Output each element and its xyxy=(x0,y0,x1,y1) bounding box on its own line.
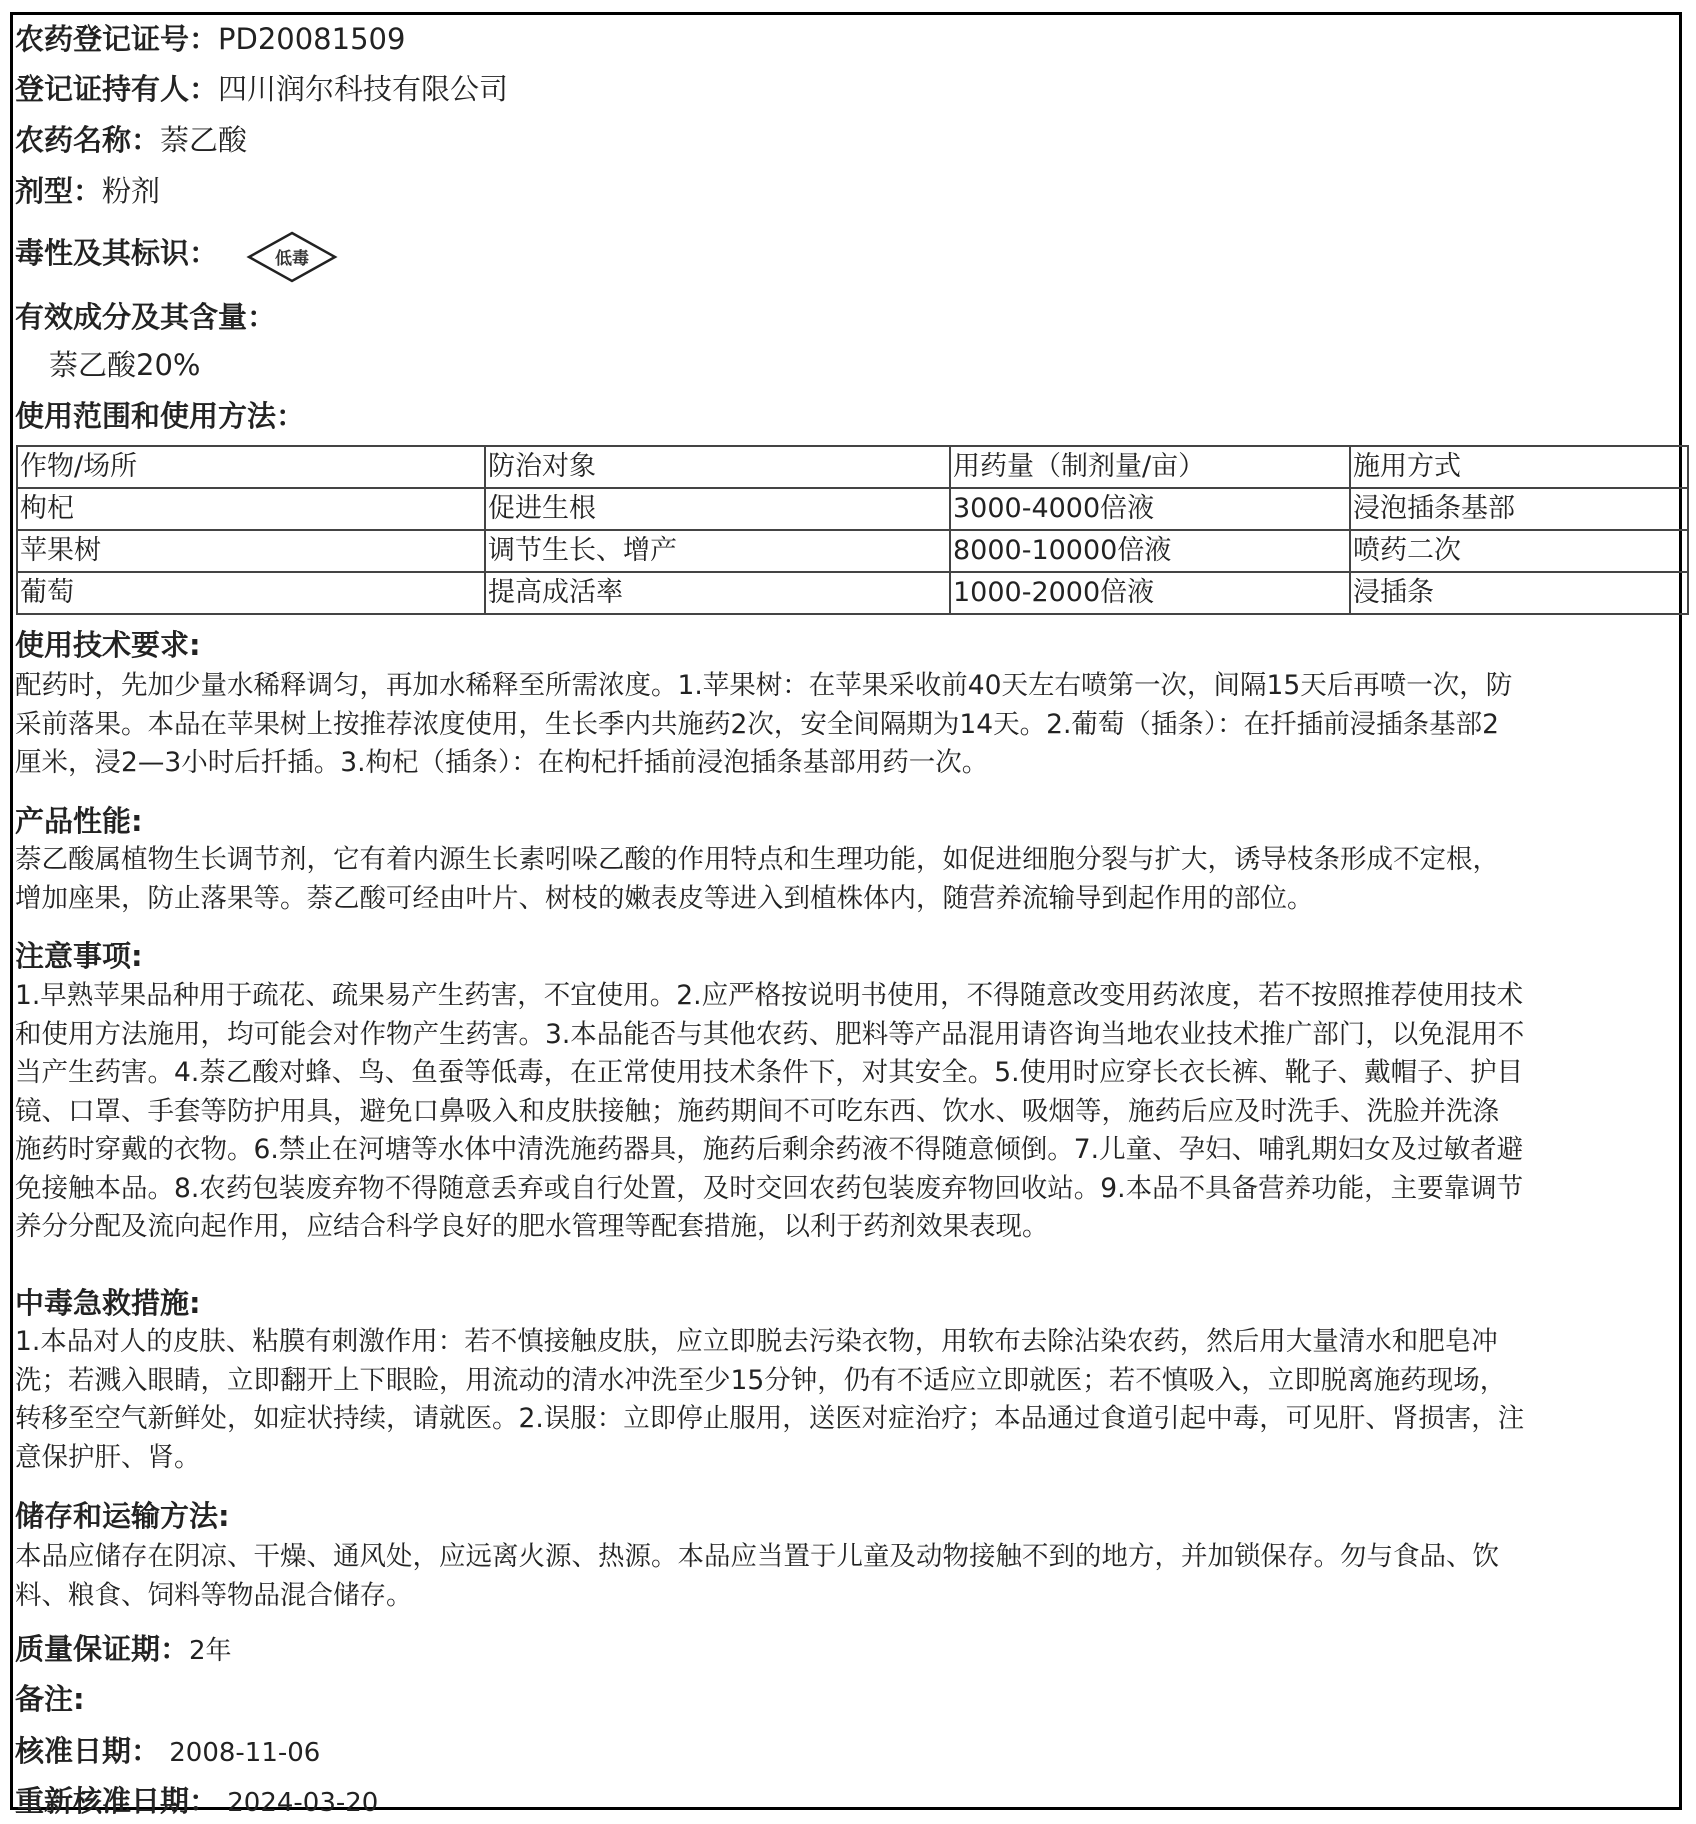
cell-method: 喷药二次 xyxy=(1350,530,1688,572)
usage-heading: 使用范围和使用方法： xyxy=(15,398,305,434)
storage-text: 本品应储存在阴凉、干燥、通风处，应远离火源、热源。本品应当置于儿童及动物接触不到… xyxy=(15,1538,1683,1615)
text-line: 萘乙酸属植物生长调节剂，它有着内源生长素吲哚乙酸的作用特点和生理功能，如促进细胞… xyxy=(15,841,1683,880)
precautions-heading: 注意事项: xyxy=(15,938,143,974)
performance-heading: 产品性能: xyxy=(15,803,143,839)
text-line: 增加座果，防止落果等。萘乙酸可经由叶片、树枝的嫩表皮等进入到植株体内，随营养流输… xyxy=(15,880,1683,919)
holder-row: 登记证持有人：四川润尔科技有限公司 xyxy=(15,71,508,107)
text-line: 意保护肝、肾。 xyxy=(15,1439,1683,1478)
precautions-text: 1.早熟苹果品种用于疏花、疏果易产生药害，不宜使用。2.应严格按说明书使用，不得… xyxy=(15,977,1683,1247)
table-row: 枸杞 促进生根 3000-4000倍液 浸泡插条基部 xyxy=(17,488,1688,530)
pesticide-name-value: 萘乙酸 xyxy=(160,123,247,157)
approval-date-value: 2008-11-06 xyxy=(169,1738,320,1768)
name-row: 农药名称：萘乙酸 xyxy=(15,122,247,158)
remarks-label: 备注: xyxy=(15,1682,85,1716)
text-line: 镜、口罩、手套等防护用具，避免口鼻吸入和皮肤接触；施药期间不可吃东西、饮水、吸烟… xyxy=(15,1093,1683,1132)
usage-table-header: 作物/场所 防治对象 用药量（制剂量/亩） 施用方式 xyxy=(17,446,1688,488)
remarks-row: 备注: xyxy=(15,1681,85,1717)
text-line: 料、粮食、饲料等物品混合储存。 xyxy=(15,1577,1683,1616)
formulation-value: 粉剂 xyxy=(102,174,160,208)
diamond-low-toxicity-icon: 低毒 xyxy=(245,230,339,292)
toxicity-label: 毒性及其标识： xyxy=(15,236,218,270)
shelf-life-row: 质量保证期：2年 xyxy=(15,1631,232,1669)
cell-method: 浸泡插条基部 xyxy=(1350,488,1688,530)
cell-crop: 苹果树 xyxy=(17,530,485,572)
cell-crop: 葡萄 xyxy=(17,572,485,614)
table-row: 苹果树 调节生长、增产 8000-10000倍液 喷药二次 xyxy=(17,530,1688,572)
cell-target: 促进生根 xyxy=(485,488,950,530)
column-header-crop: 作物/场所 xyxy=(17,446,485,488)
approval-date-row: 核准日期： 2008-11-06 xyxy=(15,1733,320,1771)
text-line: 采前落果。本品在苹果树上按推荐浓度使用，生长季内共施药2次，安全间隔期为14天。… xyxy=(15,706,1683,745)
performance-text: 萘乙酸属植物生长调节剂，它有着内源生长素吲哚乙酸的作用特点和生理功能，如促进细胞… xyxy=(15,841,1683,918)
cell-crop: 枸杞 xyxy=(17,488,485,530)
usage-table: 作物/场所 防治对象 用药量（制剂量/亩） 施用方式 枸杞 促进生根 3000-… xyxy=(16,445,1689,615)
pesticide-label-document: 农药登记证号：PD20081509 登记证持有人：四川润尔科技有限公司 农药名称… xyxy=(10,12,1682,1810)
text-line: 养分分配及流向起作用，应结合科学良好的肥水管理等配套措施，以利于药剂效果表现。 xyxy=(15,1208,1683,1247)
text-line: 施药时穿戴的衣物。6.禁止在河塘等水体中清洗施药器具，施药后剩余药液不得随意倾倒… xyxy=(15,1131,1683,1170)
ingredients-heading: 有效成分及其含量： xyxy=(15,299,276,335)
approval-date-label: 核准日期： xyxy=(15,1734,160,1768)
shelf-life-value: 2年 xyxy=(189,1636,232,1666)
cell-dosage: 3000-4000倍液 xyxy=(950,488,1350,530)
cert-no-label: 农药登记证号： xyxy=(15,22,218,56)
cell-method: 浸插条 xyxy=(1350,572,1688,614)
cell-target: 提高成活率 xyxy=(485,572,950,614)
toxicity-row: 毒性及其标识： 低毒 xyxy=(15,224,339,286)
cell-target: 调节生长、增产 xyxy=(485,530,950,572)
storage-heading: 储存和运输方法: xyxy=(15,1498,230,1534)
table-row: 葡萄 提高成活率 1000-2000倍液 浸插条 xyxy=(17,572,1688,614)
text-line: 1.本品对人的皮肤、粘膜有刺激作用：若不慎接触皮肤，应立即脱去污染衣物，用软布去… xyxy=(15,1323,1683,1362)
holder-value: 四川润尔科技有限公司 xyxy=(218,72,508,106)
ingredients-value: 萘乙酸20% xyxy=(49,347,200,383)
reapproval-date-row: 重新核准日期： 2024-03-20 xyxy=(15,1783,378,1821)
text-line: 配药时，先加少量水稀释调匀，再加水稀释至所需浓度。1.苹果树：在苹果采收前40天… xyxy=(15,667,1683,706)
formulation-row: 剂型：粉剂 xyxy=(15,173,160,209)
first-aid-text: 1.本品对人的皮肤、粘膜有刺激作用：若不慎接触皮肤，应立即脱去污染衣物，用软布去… xyxy=(15,1323,1683,1477)
first-aid-heading: 中毒急救措施: xyxy=(15,1285,201,1321)
column-header-target: 防治对象 xyxy=(485,446,950,488)
text-line: 本品应储存在阴凉、干燥、通风处，应远离火源、热源。本品应当置于儿童及动物接触不到… xyxy=(15,1538,1683,1577)
text-line: 和使用方法施用，均可能会对作物产生药害。3.本品能否与其他农药、肥料等产品混用请… xyxy=(15,1016,1683,1055)
cell-dosage: 8000-10000倍液 xyxy=(950,530,1350,572)
text-line: 当产生药害。4.萘乙酸对蜂、鸟、鱼蚕等低毒，在正常使用技术条件下，对其安全。5.… xyxy=(15,1054,1683,1093)
reapproval-date-value: 2024-03-20 xyxy=(227,1788,378,1818)
column-header-method: 施用方式 xyxy=(1350,446,1688,488)
tech-requirements-heading: 使用技术要求: xyxy=(15,627,201,663)
cell-dosage: 1000-2000倍液 xyxy=(950,572,1350,614)
reapproval-date-label: 重新核准日期： xyxy=(15,1784,218,1818)
text-line: 厘米，浸2—3小时后扦插。3.枸杞（插条）：在枸杞扦插前浸泡插条基部用药一次。 xyxy=(15,744,1683,783)
cert-no-row: 农药登记证号：PD20081509 xyxy=(15,21,405,57)
tech-requirements-text: 配药时，先加少量水稀释调匀，再加水稀释至所需浓度。1.苹果树：在苹果采收前40天… xyxy=(15,667,1683,783)
formulation-label: 剂型： xyxy=(15,174,102,208)
holder-label: 登记证持有人： xyxy=(15,72,218,106)
shelf-life-label: 质量保证期： xyxy=(15,1632,189,1666)
column-header-dosage: 用药量（制剂量/亩） xyxy=(950,446,1350,488)
cert-no-value: PD20081509 xyxy=(218,22,405,56)
text-line: 转移至空气新鲜处，如症状持续，请就医。2.误服：立即停止服用，送医对症治疗；本品… xyxy=(15,1400,1683,1439)
text-line: 免接触本品。8.农药包装废弃物不得随意丢弃或自行处置，及时交回农药包装废弃物回收… xyxy=(15,1170,1683,1209)
text-line: 洗；若溅入眼睛，立即翻开上下眼睑，用流动的清水冲洗至少15分钟，仍有不适应立即就… xyxy=(15,1362,1683,1401)
pesticide-name-label: 农药名称： xyxy=(15,123,160,157)
text-line: 1.早熟苹果品种用于疏花、疏果易产生药害，不宜使用。2.应严格按说明书使用，不得… xyxy=(15,977,1683,1016)
toxicity-badge-text: 低毒 xyxy=(275,248,309,269)
